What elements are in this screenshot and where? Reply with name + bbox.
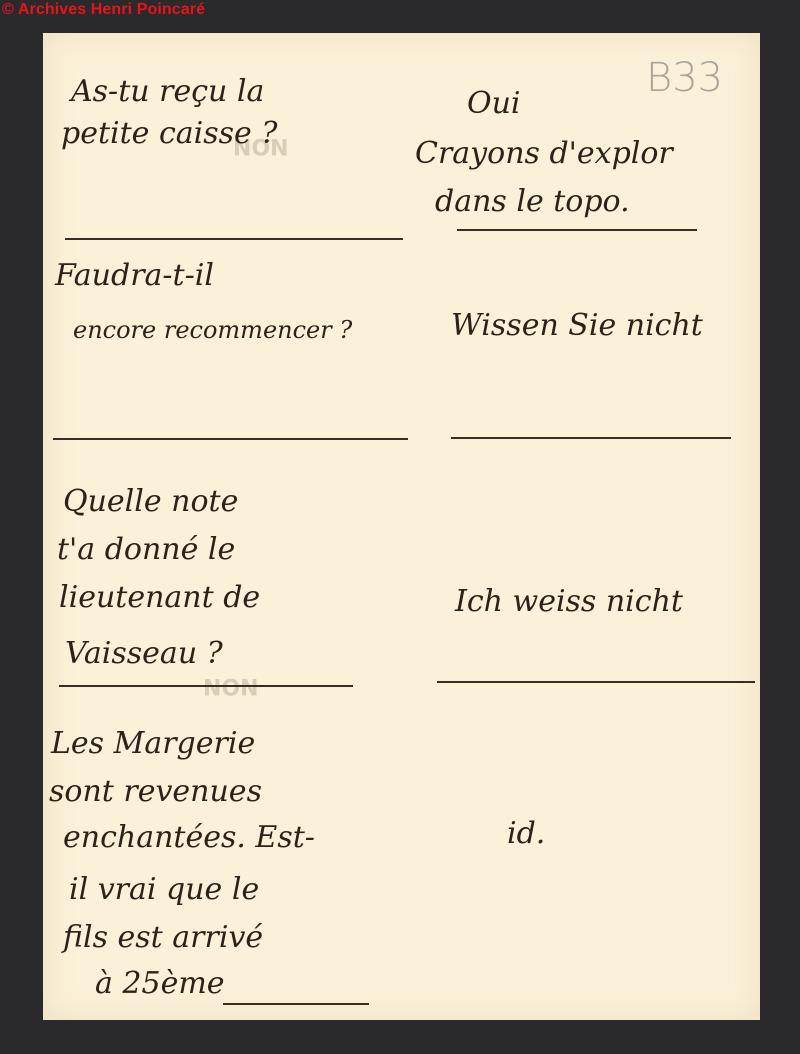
question-3-line-1: Quelle note [63,481,238,523]
question-2-line-2: encore recommencer ? [73,309,352,351]
question-2-line-1: Faudra-t-il [55,255,214,297]
question-1-line-1: As-tu reçu la [71,71,264,113]
divider [451,437,731,439]
answer-4: id. [507,813,545,855]
question-3-line-3: lieutenant de [59,577,260,619]
answer-2: Wissen Sie nicht [451,305,703,347]
answer-1-line-3: dans le topo. [435,181,630,223]
answer-3: Ich weiss nicht [455,581,683,623]
answer-1-line-1: Oui [467,83,521,125]
answer-1-line-2: Crayons d'explor [415,133,673,175]
copyright-watermark: © Archives Henri Poincaré [2,1,205,19]
divider [65,238,403,240]
divider [59,685,353,687]
question-4-line-1: Les Margerie [51,723,255,765]
underline [223,1003,369,1005]
question-3-line-4: Vaisseau ? [65,633,223,675]
question-4-line-2: sont revenues [49,771,262,813]
archive-mark: B33 [646,55,723,101]
question-4-line-4: il vrai que le [69,869,259,911]
question-4-line-5: fils est arrivé [63,917,263,959]
divider [53,438,408,440]
question-1-line-2: petite caisse ? [61,113,277,155]
answer-underline [457,229,697,231]
divider [437,681,755,683]
question-3-line-2: t'a donné le [57,529,235,571]
question-4-line-6: à 25ème [95,963,225,1005]
manuscript-page: B33 NON NON As-tu reçu la petite caisse … [43,33,760,1020]
question-4-line-3: enchantées. Est- [63,817,315,859]
